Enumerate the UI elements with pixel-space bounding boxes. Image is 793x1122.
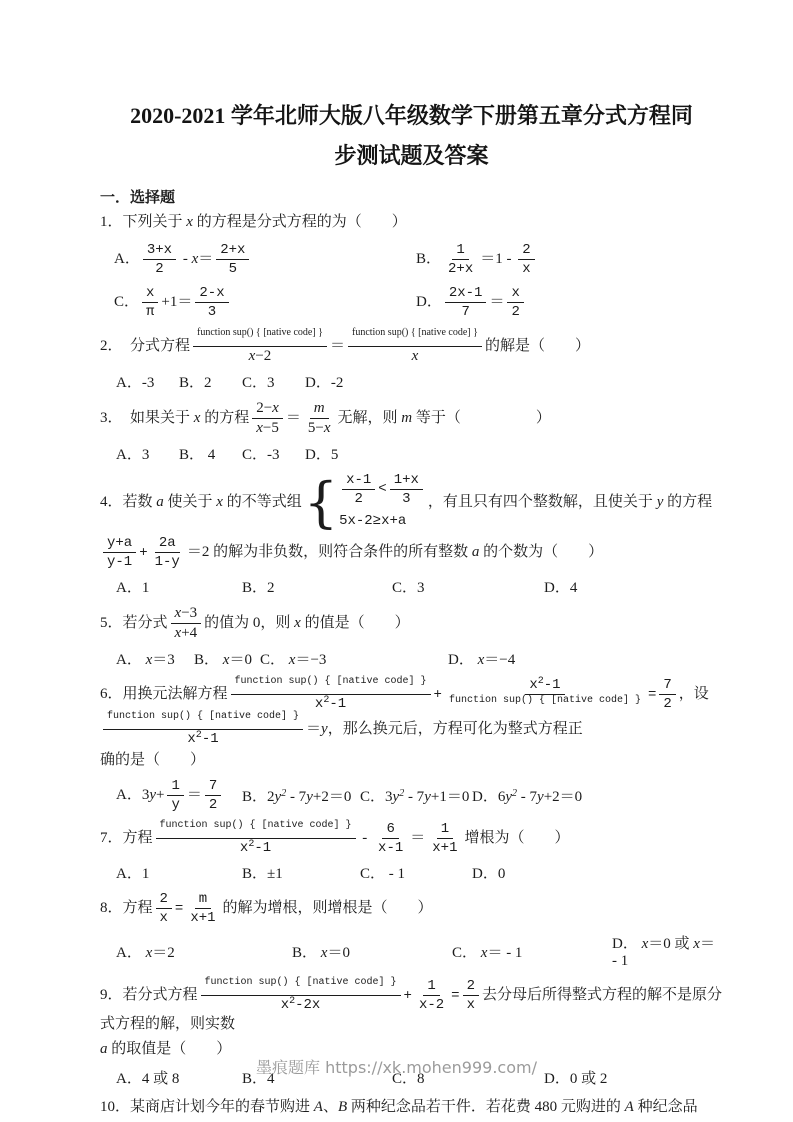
inequality-system: {x-12<1+x35x-2≥x+a — [304, 472, 426, 533]
text-run: 10．某商店计划今年的春节购进 — [100, 1099, 314, 1115]
fraction: 1x+1 — [428, 821, 461, 856]
fraction-numerator: 6 — [382, 821, 398, 839]
fraction: 2x — [463, 978, 479, 1013]
fraction: 2x — [518, 242, 534, 277]
question-1-options: A．3+x2 - x＝2+x5B．12+x＝1 - 2xC．xπ+1＝2-x3D… — [100, 242, 723, 320]
fraction-denominator: π — [142, 303, 158, 320]
text-run: + — [404, 988, 412, 1004]
question-2-option-D: D．-2 — [305, 371, 723, 392]
question-2-options: A．-3B．2C．3D．-2 — [100, 371, 723, 392]
fraction-denominator: 3 — [204, 303, 220, 320]
question-3-option-C: C．-3 — [242, 443, 305, 464]
text-run: D．5 — [305, 447, 338, 463]
text-run: 的不等式组 — [223, 494, 302, 510]
text-run: D． — [612, 936, 642, 952]
question-list: 1．下列关于 x 的方程是分式方程的为（ ）A．3+x2 - x＝2+x5B．1… — [100, 211, 723, 1119]
fraction-numerator: 1 — [167, 778, 183, 796]
fraction-denominator: 2 — [151, 260, 167, 277]
text-run: D．6 — [472, 789, 505, 805]
fraction: 6x-1 — [374, 821, 407, 856]
text-run: +1＝0 — [431, 789, 469, 805]
question-4-stem-line-1: 4．若数 a 使关于 x 的不等式组{x-12<1+x35x-2≥x+a，有且只… — [100, 472, 723, 533]
fraction: 2a1-y — [151, 535, 184, 570]
fraction-denominator: x2-1 — [311, 695, 350, 712]
text-run: = — [175, 901, 183, 917]
superscript: function sup() { [native code] } — [197, 327, 323, 338]
fraction: function sup() { [native code] }x — [348, 328, 482, 365]
fraction-denominator: 1-y — [151, 553, 184, 570]
fraction: 2−xx−5 — [252, 400, 283, 437]
text-run: 无解，则 — [338, 410, 402, 426]
text-run: ＝ — [306, 721, 321, 737]
fraction-numerator: x-1 — [342, 472, 375, 490]
fraction-denominator: x+1 — [186, 909, 219, 926]
fraction: x-12 — [342, 472, 375, 507]
fraction: 2x — [156, 891, 172, 926]
document-content: 2020-2021 学年北师大版八年级数学下册第五章分式方程同 步测试题及答案 … — [0, 0, 793, 1119]
text-run: y — [505, 789, 512, 805]
fraction-denominator: 2 — [659, 695, 675, 712]
text-run: 增根为（ ） — [465, 830, 570, 846]
question-8: 8．方程2x=mx+1的解为增根，则增根是（ ）A． x＝2B． x＝0C． x… — [100, 891, 723, 970]
superscript: function sup() { [native code] } — [160, 820, 352, 831]
fraction: function sup() { [native code] }x2-1 — [103, 712, 303, 747]
fraction-numerator: 7 — [205, 778, 221, 796]
fraction-numerator: 1 — [452, 242, 468, 260]
question-5-option-A: A． x＝3 — [116, 648, 194, 669]
question-5-option-D: D． x＝−4 — [448, 648, 723, 669]
superscript: function sup() { [native code] } — [352, 327, 478, 338]
question-3-option-B: B． 4 — [179, 443, 242, 464]
text-run: A．-3 — [116, 375, 154, 391]
fraction-denominator: y — [167, 796, 183, 813]
fraction-numerator: x — [507, 285, 523, 303]
inequality-row: 5x-2≥x+a — [339, 510, 426, 533]
fraction-numerator: 2x-1 — [445, 285, 487, 303]
fraction: xπ — [142, 285, 158, 320]
text-run: −5 — [263, 420, 279, 436]
text-run: +2＝0 — [544, 789, 582, 805]
text-run: A．1 — [116, 580, 149, 596]
inequality-row: x-12<1+x3 — [339, 472, 426, 507]
fraction-denominator: 2 — [205, 796, 221, 813]
text-run: 6．用换元法解方程 — [100, 686, 228, 702]
text-run: -1 — [544, 677, 561, 693]
section-heading: 一．选择题 — [100, 186, 723, 207]
text-run: - 7 — [404, 789, 424, 805]
fraction-numerator: 3+x — [143, 242, 176, 260]
fraction-numerator: function sup() { [native code] } — [201, 978, 401, 996]
fraction-numerator: m — [310, 400, 329, 419]
text-run: y — [424, 789, 431, 805]
text-run: 9．若分式方程 — [100, 987, 198, 1003]
question-2-stem-line-1: 2． 分式方程function sup() { [native code] }x… — [100, 328, 723, 365]
text-run: ＝ — [286, 410, 301, 426]
question-7-option-B: B．±1 — [242, 862, 360, 883]
text-run: m — [314, 400, 325, 416]
question-4-option-D: D．4 — [544, 576, 723, 597]
text-run: x — [529, 677, 537, 693]
fraction: 2x-17 — [445, 285, 487, 320]
fraction-numerator: y+a — [103, 535, 136, 553]
text-run: - — [179, 251, 192, 267]
question-1: 1．下列关于 x 的方程是分式方程的为（ ）A．3+x2 - x＝2+x5B．1… — [100, 211, 723, 320]
question-8-options: A． x＝2B． x＝0C． x＝ - 1D． x＝0 或 x＝ - 1 — [100, 932, 723, 970]
question-8-option-A: A． x＝2 — [116, 941, 292, 962]
fraction-denominator: x — [463, 996, 479, 1013]
question-8-option-B: B． x＝0 — [292, 941, 452, 962]
fraction: 1+x3 — [390, 472, 423, 507]
fraction-denominator: x−5 — [252, 419, 283, 437]
question-7-options: A．1B．±1C． - 1D．0 — [100, 862, 723, 883]
text-run: ＝2 的解为非负数，则符合条件的所有整数 — [187, 544, 472, 560]
question-3-options: A．3B． 4C．-3D．5 — [100, 443, 723, 464]
text-run: ＝ — [187, 787, 202, 803]
text-run: +2＝0 — [313, 789, 351, 805]
question-7-stem-line-1: 7．方程function sup() { [native code] }x2-1… — [100, 821, 723, 856]
fraction-denominator: x−2 — [245, 347, 276, 365]
text-run: - — [359, 830, 372, 846]
title-line-1: 2020-2021 学年北师大版八年级数学下册第五章分式方程同 — [100, 96, 723, 136]
fraction: 1y — [167, 778, 183, 813]
text-run: = — [451, 988, 459, 1004]
fraction: m5−x — [304, 400, 335, 437]
fraction: x2-1function sup() { [native code] } — [445, 677, 645, 712]
fraction-denominator: 5−x — [304, 419, 335, 437]
text-run: - 7 — [286, 789, 306, 805]
fraction-numerator: function sup() { [native code] } — [231, 677, 431, 695]
text-run: ＝ — [410, 830, 425, 846]
question-2: 2． 分式方程function sup() { [native code] }x… — [100, 328, 723, 392]
inequality-rows: x-12<1+x35x-2≥x+a — [339, 472, 426, 533]
text-run: B — [338, 1099, 347, 1115]
text-run: ＝−3 — [295, 652, 326, 668]
text-run: ＝ — [198, 251, 213, 267]
text-run: D．-2 — [305, 375, 343, 391]
question-7-option-A: A．1 — [116, 862, 242, 883]
question-6-option-A: A．3y+1y＝72 — [116, 778, 242, 813]
text-run: C． — [114, 294, 139, 310]
fraction: mx+1 — [186, 891, 219, 926]
text-run: a — [156, 494, 164, 510]
question-3-option-D: D．5 — [305, 443, 723, 464]
question-6-stem-line-1: 6．用换元法解方程function sup() { [native code] … — [100, 677, 723, 747]
fraction-denominator: x+4 — [171, 624, 202, 642]
text-run: x — [281, 997, 289, 1013]
fraction: 3+x2 — [143, 242, 176, 277]
text-run: 2− — [256, 400, 272, 416]
text-run: A． — [114, 251, 140, 267]
question-5-option-C: C． x＝−3 — [260, 648, 448, 669]
question-1-option-C: C．xπ+1＝2-x3 — [114, 285, 416, 320]
text-run: 的值是（ ） — [301, 615, 410, 631]
text-run: y — [321, 721, 328, 737]
question-6: 6．用换元法解方程function sup() { [native code] … — [100, 677, 723, 813]
question-5: 5．若分式x−3x+4的值为 0，则 x 的值是（ ）A． x＝3B． x＝0C… — [100, 605, 723, 669]
text-run: D． — [416, 294, 442, 310]
text-run: 8．方程 — [100, 900, 153, 916]
fraction: 72 — [205, 778, 221, 813]
fraction-denominator: function sup() { [native code] } — [445, 695, 645, 712]
fraction: 1x-2 — [415, 978, 448, 1013]
fraction-numerator: function sup() { [native code] } — [103, 712, 303, 730]
question-1-option-D: D．2x-17＝x2 — [416, 285, 723, 320]
question-1-option-A: A．3+x2 - x＝2+x5 — [114, 242, 416, 277]
text-run: 等于（ ） — [412, 410, 551, 426]
question-4-options: A．1B．2C．3D．4 — [100, 576, 723, 597]
question-7-option-D: D．0 — [472, 862, 723, 883]
question-1-option-B: B．12+x＝1 - 2x — [416, 242, 723, 277]
text-run: + — [434, 687, 442, 703]
fraction-denominator: x-2 — [415, 996, 448, 1013]
fraction-numerator: 2 — [518, 242, 534, 260]
question-6-stem-line-2: 确的是（ ） — [100, 749, 723, 772]
fraction: function sup() { [native code] }x2-1 — [156, 821, 356, 856]
text-run: ，那么换元后，方程可化为整式方程正 — [328, 721, 583, 737]
text-run: B． — [416, 251, 441, 267]
text-run: ，有且只有四个整数解，且使关于 — [428, 494, 657, 510]
question-6-option-B: B．2y2 - 7y+2＝0 — [242, 785, 360, 806]
text-run: 3． 如果关于 — [100, 410, 194, 426]
fraction-denominator: 5 — [225, 260, 241, 277]
text-run: 的方程 — [200, 410, 249, 426]
text-run: A．1 — [116, 866, 149, 882]
text-run: ＝0 — [327, 945, 350, 961]
text-run: D．0 — [472, 866, 505, 882]
text-run: 、 — [323, 1099, 338, 1115]
text-run: -1 — [202, 731, 219, 747]
text-run: +1＝ — [161, 294, 192, 310]
text-run: 2． 分式方程 — [100, 338, 190, 354]
text-run: x — [216, 494, 223, 510]
text-run: D． — [448, 652, 478, 668]
fraction: 2-x3 — [195, 285, 228, 320]
text-run: + — [139, 545, 147, 561]
fraction: function sup() { [native code] }x2-1 — [231, 677, 431, 712]
question-2-option-C: C．3 — [242, 371, 305, 392]
text-run: y — [149, 787, 156, 803]
text-run: 1．下列关于 — [100, 214, 186, 230]
fraction: function sup() { [native code] }x−2 — [193, 328, 327, 365]
fraction-numerator: function sup() { [native code] } — [193, 328, 327, 347]
fraction-denominator: x — [156, 909, 172, 926]
text-run: -1 — [329, 696, 346, 712]
question-6-option-C: C．3y2 - 7y+1＝0 — [360, 785, 472, 806]
fraction-denominator: x+1 — [428, 839, 461, 856]
fraction-numerator: 2-x — [195, 285, 228, 303]
text-run: x — [294, 615, 301, 631]
text-run: 确的是（ ） — [100, 752, 205, 768]
text-run: A． — [116, 945, 146, 961]
text-run: B．2 — [242, 580, 275, 596]
fraction-denominator: x2-2x — [277, 996, 325, 1013]
text-run: 的值为 0，则 — [204, 615, 294, 631]
fraction-numerator: 2a — [155, 535, 180, 553]
text-run: 的个数为（ ） — [479, 544, 603, 560]
question-3-option-A: A．3 — [116, 443, 179, 464]
text-run: ＝1 - — [480, 251, 515, 267]
superscript: function sup() { [native code] } — [205, 977, 397, 988]
text-run: B．±1 — [242, 866, 283, 882]
question-4: 4．若数 a 使关于 x 的不等式组{x-12<1+x35x-2≥x+a，有且只… — [100, 472, 723, 597]
text-run: −2 — [255, 348, 271, 364]
fraction-numerator: 2 — [463, 978, 479, 996]
question-4-option-B: B．2 — [242, 576, 392, 597]
question-5-stem-line-1: 5．若分式x−3x+4的值为 0，则 x 的值是（ ） — [100, 605, 723, 642]
text-run: C． - 1 — [360, 866, 405, 882]
text-run: C．3 — [360, 789, 393, 805]
fraction-numerator: 7 — [659, 677, 675, 695]
text-run: C．-3 — [242, 447, 280, 463]
fraction-denominator: 3 — [398, 490, 414, 507]
text-run: C． — [452, 945, 481, 961]
fraction-numerator: 2+x — [216, 242, 249, 260]
question-8-stem-line-1: 8．方程2x=mx+1的解为增根，则增根是（ ） — [100, 891, 723, 926]
text-run: D．4 — [544, 580, 577, 596]
question-6-options: A．3y+1y＝72B．2y2 - 7y+2＝0C．3y2 - 7y+1＝0D．… — [100, 778, 723, 813]
document-page: 2020-2021 学年北师大版八年级数学下册第五章分式方程同 步测试题及答案 … — [0, 0, 793, 1122]
text-run: - 7 — [517, 789, 537, 805]
fraction-numerator: x — [142, 285, 158, 303]
text-run: 种纪念品 — [634, 1099, 698, 1115]
fraction: x2 — [507, 285, 523, 320]
superscript: function sup() { [native code] } — [449, 695, 641, 706]
fraction: 2+x5 — [216, 242, 249, 277]
text-run: 5．若分式 — [100, 615, 168, 631]
text-run: 7．方程 — [100, 830, 153, 846]
question-2-option-B: B．2 — [179, 371, 242, 392]
text-run: ＝2 — [152, 945, 175, 961]
text-run: 两种纪念品若干件．若花费 480 元购进的 — [347, 1099, 625, 1115]
fraction-denominator: x2-1 — [183, 730, 222, 747]
question-7-option-C: C． - 1 — [360, 862, 472, 883]
question-8-option-C: C． x＝ - 1 — [452, 941, 612, 962]
text-run: A．3 — [116, 787, 149, 803]
text-run: ＝0 或 — [648, 936, 693, 952]
fraction-denominator: x — [408, 347, 423, 365]
text-run: y — [306, 789, 313, 805]
text-run: 的方程 — [663, 494, 712, 510]
fraction-numerator: 2−x — [252, 400, 283, 419]
question-10: 10．某商店计划今年的春节购进 A、B 两种纪念品若干件．若花费 480 元购进… — [100, 1096, 723, 1119]
text-run: A — [625, 1099, 634, 1115]
fraction-numerator: 1 — [437, 821, 453, 839]
question-3-stem-line-1: 3． 如果关于 x 的方程2−xx−5＝m5−x无解，则 m 等于（ ） — [100, 400, 723, 437]
text-run: + — [156, 787, 164, 803]
question-4-stem-line-2: y+ay-1+2a1-y＝2 的解为非负数，则符合条件的所有整数 a 的个数为（… — [100, 535, 723, 570]
text-run: ＝ - 1 — [487, 945, 522, 961]
question-8-option-D: D． x＝0 或 x＝ - 1 — [612, 932, 723, 970]
fraction-denominator: x-1 — [374, 839, 407, 856]
left-brace-icon: { — [304, 476, 338, 530]
question-3: 3． 如果关于 x 的方程2−xx−5＝m5−x无解，则 m 等于（ ）A．3B… — [100, 400, 723, 464]
question-2-option-A: A．-3 — [116, 371, 179, 392]
text-run: C．3 — [392, 580, 425, 596]
question-4-option-A: A．1 — [116, 576, 242, 597]
question-5-options: A． x＝3B． x＝0C． x＝−3D． x＝−4 — [100, 648, 723, 669]
text-run: x — [412, 348, 419, 364]
text-run: B．2 — [179, 375, 212, 391]
text-run: x — [186, 214, 193, 230]
text-run: = — [648, 687, 656, 703]
fraction-denominator: y-1 — [103, 553, 136, 570]
text-run: C． — [260, 652, 289, 668]
question-1-stem-line-1: 1．下列关于 x 的方程是分式方程的为（ ） — [100, 211, 723, 234]
text-run: 5− — [308, 420, 324, 436]
text-run: x — [324, 420, 331, 436]
text-run: m — [401, 410, 412, 426]
fraction-denominator: x2-1 — [236, 839, 275, 856]
fraction-numerator: m — [195, 891, 211, 909]
question-4-option-C: C．3 — [392, 576, 544, 597]
text-run: x — [256, 420, 263, 436]
footer-watermark: 墨痕题库 https://xk.mohen999.com/ — [0, 1055, 793, 1078]
fraction-denominator: 7 — [457, 303, 473, 320]
question-5-option-B: B． x＝0 — [194, 648, 260, 669]
fraction: 12+x — [444, 242, 477, 277]
text-run: B．2 — [242, 789, 275, 805]
question-7: 7．方程function sup() { [native code] }x2-1… — [100, 821, 723, 883]
text-run: x — [272, 400, 279, 416]
text-run: B． — [292, 945, 321, 961]
text-run: A． — [116, 652, 146, 668]
text-run: C．3 — [242, 375, 275, 391]
fraction-numerator: function sup() { [native code] } — [348, 328, 482, 347]
superscript: function sup() { [native code] } — [235, 676, 427, 687]
question-10-stem-line-1: 10．某商店计划今年的春节购进 A、B 两种纪念品若干件．若花费 480 元购进… — [100, 1096, 723, 1119]
text-run: 的解为增根，则增根是（ ） — [223, 900, 433, 916]
text-run: +4 — [181, 625, 197, 641]
text-run: < — [378, 478, 386, 501]
question-9-stem-line-1: 9．若分式方程function sup() { [native code] }x… — [100, 978, 723, 1036]
text-run: x — [187, 731, 195, 747]
text-run: 的解是（ ） — [485, 338, 590, 354]
text-run: A — [314, 1099, 323, 1115]
fraction-denominator: x — [518, 260, 534, 277]
fraction-denominator: 2 — [507, 303, 523, 320]
fraction-denominator: 2 — [350, 490, 366, 507]
text-run: ＝ — [330, 338, 345, 354]
text-run: A．3 — [116, 447, 149, 463]
text-run: −3 — [181, 605, 197, 621]
fraction-numerator: 1+x — [390, 472, 423, 490]
text-run: ，设 — [679, 686, 709, 702]
text-run: ＝3 — [152, 652, 175, 668]
fraction-numerator: 2 — [156, 891, 172, 909]
fraction-numerator: x2-1 — [525, 677, 564, 695]
text-run: ＝ — [489, 294, 504, 310]
text-run: -2x — [295, 997, 320, 1013]
text-run: ＝0 — [229, 652, 252, 668]
footer-text: 墨痕题库 https://xk.mohen999.com/ — [256, 1058, 537, 1077]
fraction: y+ay-1 — [103, 535, 136, 570]
title-line-2: 步测试题及答案 — [100, 136, 723, 176]
fraction-denominator: 2+x — [444, 260, 477, 277]
text-run: 的方程是分式方程的为（ ） — [193, 214, 407, 230]
text-run: 5x-2≥x+a — [339, 510, 406, 533]
text-run: ＝−4 — [484, 652, 515, 668]
text-run: B． — [194, 652, 223, 668]
fraction-numerator: x−3 — [171, 605, 202, 624]
text-run: y — [537, 789, 544, 805]
fraction-numerator: function sup() { [native code] } — [156, 821, 356, 839]
fraction-numerator: 1 — [423, 978, 439, 996]
superscript: function sup() { [native code] } — [107, 711, 299, 722]
text-run: B． 4 — [179, 447, 215, 463]
text-run: 使关于 — [164, 494, 217, 510]
fraction: x−3x+4 — [171, 605, 202, 642]
text-run: x — [693, 936, 700, 952]
